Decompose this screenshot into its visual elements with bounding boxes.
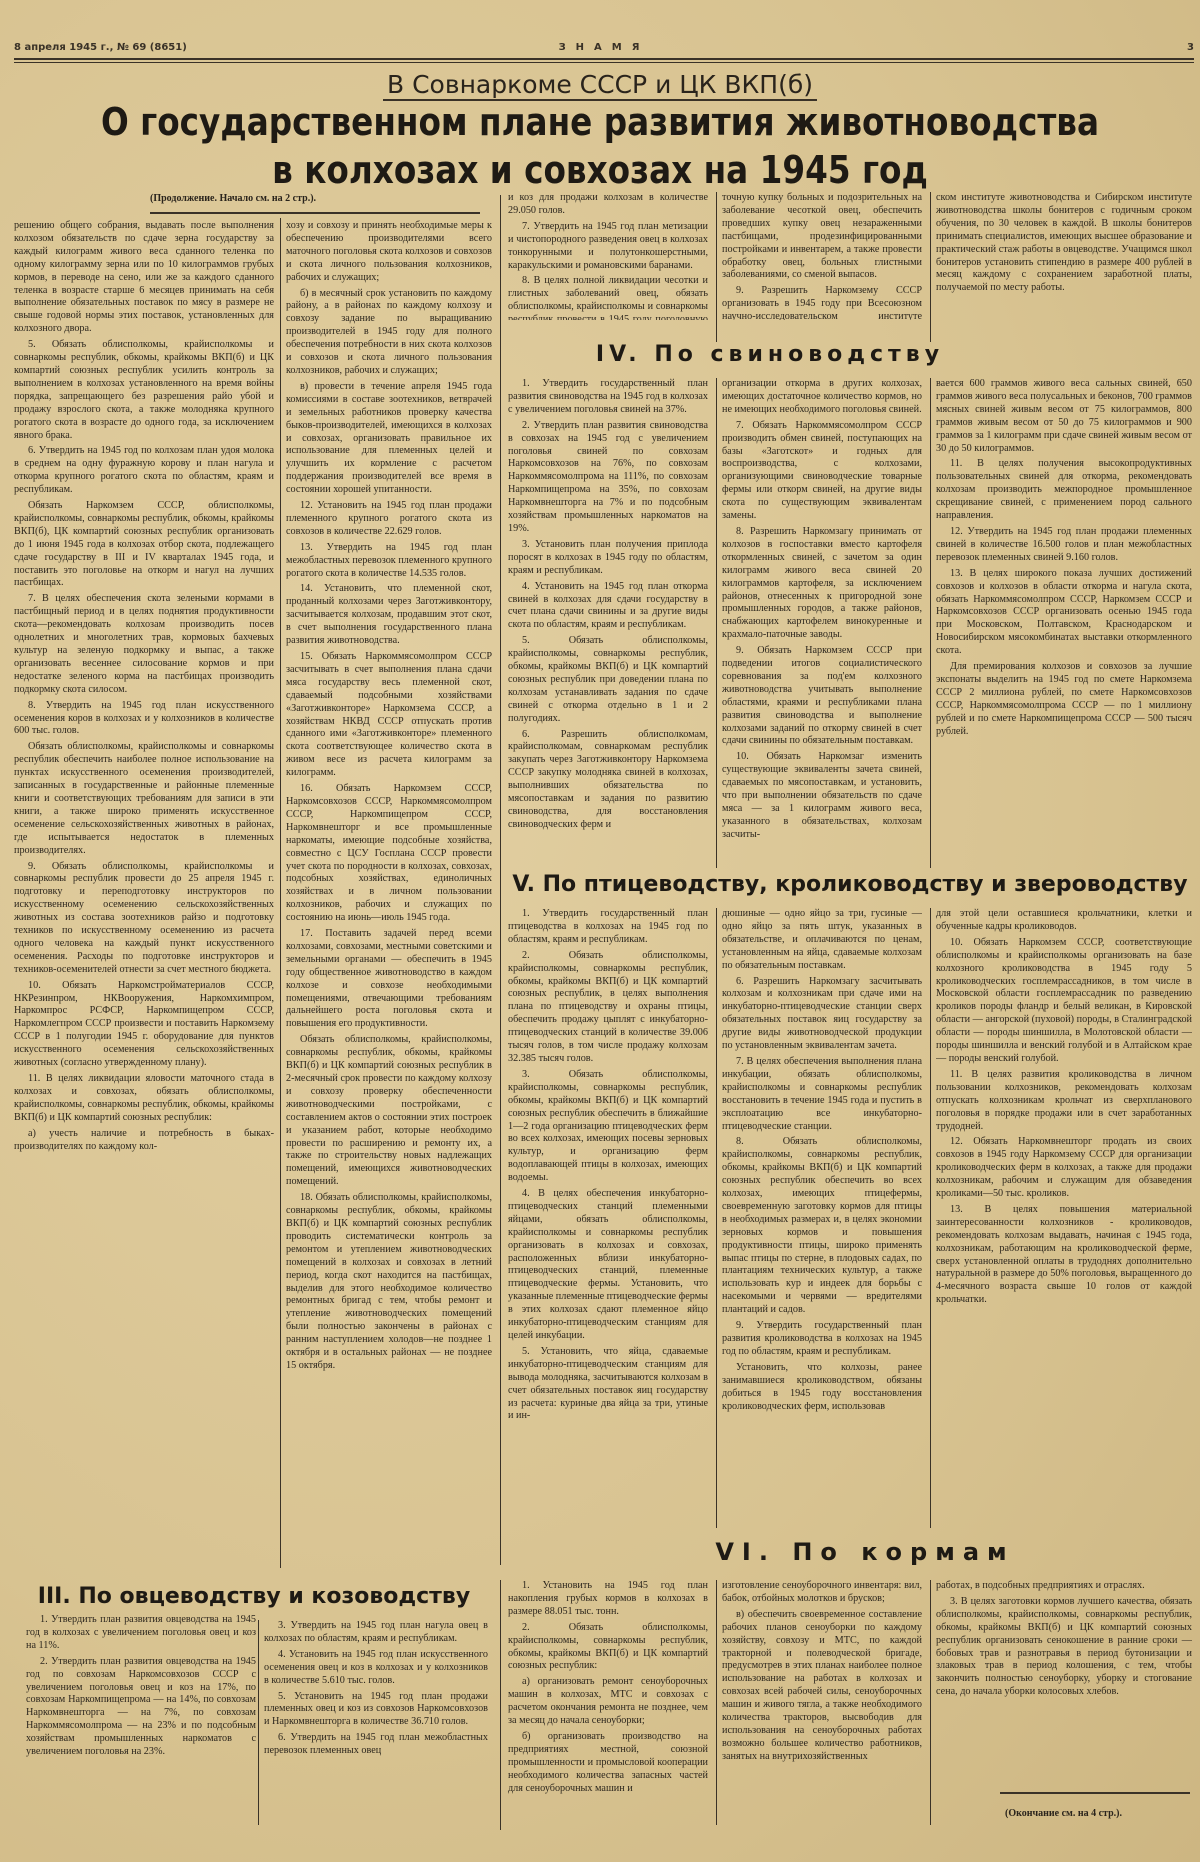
- column-divider: [500, 1580, 501, 1830]
- paragraph: хозу и совхозу и принять необходимые мер…: [286, 220, 492, 285]
- paragraph: 8. В целях полной ликвидации чесотки и г…: [508, 275, 708, 320]
- article-headline: О государственном плане развития животно…: [84, 98, 1116, 194]
- section-v-column-3: 1. Утвердить государственный план птицев…: [508, 908, 708, 1522]
- paragraph: 2. Утвердить план развития овцеводства н…: [26, 1656, 256, 1759]
- column-divider: [716, 192, 717, 342]
- paragraph: 6. Утвердить на 1945 год план межобластн…: [264, 1732, 488, 1758]
- paragraph: 1. Утвердить государственный план птицев…: [508, 908, 708, 947]
- paragraph: 10. Обязать Наркомстройматериалов СССР, …: [14, 980, 274, 1070]
- section-v-heading: V. По птицеводству, кролиководству и зве…: [500, 872, 1200, 897]
- paragraph: 9. Разрешить Наркомзему СССР организоват…: [722, 285, 922, 320]
- column-divider: [930, 378, 931, 868]
- paragraph: 4. В целях обеспечения инкубаторно-птице…: [508, 1188, 708, 1343]
- column-3-top: и коз для продажи колхозам в количестве …: [508, 192, 708, 320]
- column-5-top: ском институте животноводства и Сибирско…: [936, 192, 1192, 342]
- continuation-rule: [150, 212, 480, 214]
- paragraph: точную купку больных и подозрительных на…: [722, 192, 922, 282]
- paragraph: 9. Обязать облисполкомы, крайисполкомы и…: [14, 861, 274, 977]
- paragraph: Для премирования колхозов и совхозов за …: [936, 661, 1192, 738]
- paragraph: 2. Обязать облисполкомы, крайисполкомы, …: [508, 1622, 708, 1674]
- paragraph: 7. В целях обеспечения скота зелеными ко…: [14, 593, 274, 696]
- column-divider: [930, 908, 931, 1528]
- paragraph: 18. Обязать облисполкомы, крайисполкомы,…: [286, 1192, 492, 1373]
- paragraph: вается 600 граммов живого веса сальных с…: [936, 378, 1192, 455]
- paragraph: 11. В целях получения высокопродуктивных…: [936, 458, 1192, 523]
- paragraph: 3. Утвердить на 1945 год план нагула ове…: [264, 1620, 488, 1646]
- paragraph: 17. Поставить задачей перед всеми колхоз…: [286, 928, 492, 1031]
- paragraph: 9. Утвердить государственный план развит…: [722, 1320, 922, 1359]
- paragraph: в) провести в течение апреля 1945 года к…: [286, 381, 492, 497]
- column-divider: [716, 378, 717, 868]
- headline-line-1: О государственном плане развития животно…: [84, 98, 1116, 146]
- paragraph: 16. Обязать Наркомзем СССР, Наркомсовхоз…: [286, 783, 492, 925]
- paragraph: изготовление сеноуборочного инвентаря: в…: [722, 1580, 922, 1606]
- paragraph: а) организовать ремонт сеноуборочных маш…: [508, 1676, 708, 1728]
- section-iii-column-1: 1. Утвердить план развития овцеводства н…: [26, 1614, 256, 1824]
- paragraph: 13. Утвердить на 1945 год план межобласт…: [286, 542, 492, 581]
- paragraph: и коз для продажи колхозам в количестве …: [508, 192, 708, 218]
- paragraph: 2. Обязать облисполкомы, крайисполкомы, …: [508, 950, 708, 1066]
- paragraph: б) в месячный срок установить по каждому…: [286, 288, 492, 378]
- paragraph: 9. Обязать Наркомзем СССР при подведении…: [722, 645, 922, 748]
- paragraph: 11. В целях ликвидации яловости маточног…: [14, 1073, 274, 1125]
- paragraph: б) организовать производство на предприя…: [508, 1731, 708, 1796]
- paragraph: 4. Установить на 1945 год план искусстве…: [264, 1649, 488, 1688]
- paragraph: 10. Обязать Наркомзаг изменить существую…: [722, 751, 922, 841]
- paragraph: 1. Утвердить план развития овцеводства н…: [26, 1614, 256, 1653]
- paragraph: 3. В целях заготовки кормов лучшего каче…: [936, 1596, 1192, 1699]
- end-note: (Окончание см. на 4 стр.).: [1005, 1808, 1122, 1819]
- paragraph: 3. Установить план получения приплода по…: [508, 539, 708, 578]
- paragraph: дюшиные — одно яйцо за три, гусиные — од…: [722, 908, 922, 973]
- paragraph: 1. Утвердить государственный план развит…: [508, 378, 708, 417]
- column-divider: [280, 218, 281, 1568]
- paragraph: 6. Утвердить на 1945 год по колхозам пла…: [14, 445, 274, 497]
- section-iv-column-4: организации откорма в других колхозах, и…: [722, 378, 922, 868]
- paragraph: 1. Установить на 1945 год план накоплени…: [508, 1580, 708, 1619]
- column-divider: [258, 1620, 259, 1825]
- column-divider: [930, 192, 931, 342]
- section-vi-heading: VI. По кормам: [700, 1538, 1030, 1566]
- column-divider: [930, 1580, 931, 1825]
- column-1: решению общего собрания, выдавать после …: [14, 220, 274, 1562]
- newspaper-name: ЗНАМЯ: [14, 42, 1194, 53]
- paragraph: 8. Обязать облисполкомы, крайисполкомы, …: [722, 1136, 922, 1317]
- paragraph: 8. Разрешить Наркомзагу принимать от кол…: [722, 526, 922, 642]
- paragraph: 12. Установить на 1945 год план продажи …: [286, 500, 492, 539]
- paragraph: 12. Обязать Наркомвнешторг продать из св…: [936, 1136, 1192, 1201]
- paragraph: Установить, что колхозы, ранее занимавши…: [722, 1362, 922, 1414]
- masthead: 8 апреля 1945 г., № 69 (8651) ЗНАМЯ 3: [14, 40, 1194, 58]
- section-iv-column-3: 1. Утвердить государственный план развит…: [508, 378, 708, 868]
- paragraph: 4. Установить на 1945 год план откорма с…: [508, 581, 708, 633]
- paragraph: 14. Установить, что племенной скот, прод…: [286, 583, 492, 648]
- paragraph: 7. В целях обеспечения выполнения плана …: [722, 1056, 922, 1133]
- paragraph: 10. Обязать Наркомзем СССР, соответствую…: [936, 937, 1192, 1066]
- paragraph: 6. Разрешить облисполкомам, крайисполком…: [508, 729, 708, 832]
- paragraph: 12. Утвердить на 1945 год план продажи п…: [936, 526, 1192, 565]
- section-vi-column-5: работах, в подсобных предприятиях и отра…: [936, 1580, 1192, 1770]
- column-divider: [716, 1580, 717, 1825]
- paragraph: 13. В целях широкого показа лучших дости…: [936, 568, 1192, 658]
- paragraph: 7. Утвердить на 1945 год план метизации …: [508, 221, 708, 273]
- paragraph: ском институте животноводства и Сибирско…: [936, 192, 1192, 295]
- article-end-rule: [1000, 1792, 1190, 1794]
- section-iv-column-5: вается 600 граммов живого веса сальных с…: [936, 378, 1192, 868]
- section-v-column-4: дюшиные — одно яйцо за три, гусиные — од…: [722, 908, 922, 1522]
- section-vi-column-3: 1. Установить на 1945 год план накоплени…: [508, 1580, 708, 1825]
- paragraph: а) учесть наличие и потребность в быках-…: [14, 1128, 274, 1154]
- paragraph: для этой цели оставшиеся крольчатники, к…: [936, 908, 1192, 934]
- masthead-rule: [14, 58, 1194, 60]
- paragraph: организации откорма в других колхозах, и…: [722, 378, 922, 417]
- paragraph: Обязать облисполкомы, крайисполкомы, сов…: [286, 1034, 492, 1189]
- paragraph: 15. Обязать Наркоммясомолпром СССР засчи…: [286, 651, 492, 780]
- paragraph: 3. Обязать облисполкомы, крайисполкомы, …: [508, 1069, 708, 1185]
- paragraph: 8. Утвердить на 1945 год план искусствен…: [14, 700, 274, 739]
- paragraph: 5. Установить на 1945 год план продажи п…: [264, 1691, 488, 1730]
- column-4-top: точную купку больных и подозрительных на…: [722, 192, 922, 320]
- paragraph: 5. Обязать облисполкомы, крайисполкомы, …: [508, 635, 708, 725]
- section-iii-column-2: 3. Утвердить на 1945 год план нагула ове…: [264, 1620, 488, 1825]
- column-2: хозу и совхозу и принять необходимые мер…: [286, 220, 492, 1562]
- section-v-column-5: для этой цели оставшиеся крольчатники, к…: [936, 908, 1192, 1528]
- section-iv-heading: IV. По свиноводству: [500, 342, 1040, 367]
- section-vi-column-4: изготовление сеноуборочного инвентаря: в…: [722, 1580, 922, 1825]
- paragraph: 5. Обязать облисполкомы, крайисполкомы и…: [14, 339, 274, 442]
- paragraph: Обязать облисполкомы, крайисполкомы и со…: [14, 741, 274, 857]
- paragraph: в) обеспечить своевременное составление …: [722, 1609, 922, 1764]
- article-kicker: В Совнаркоме СССР и ЦК ВКП(б): [0, 70, 1200, 99]
- paragraph: Обязать Наркомзем СССР, облисполкомы, кр…: [14, 500, 274, 590]
- column-divider: [716, 908, 717, 1528]
- paragraph: 2. Утвердить план развития свиноводства …: [508, 420, 708, 536]
- section-iii-heading: III. По овцеводству и козоводству: [14, 1584, 494, 1609]
- paragraph: 11. В целях развития кролиководства в ли…: [936, 1069, 1192, 1134]
- paragraph: работах, в подсобных предприятиях и отра…: [936, 1580, 1192, 1593]
- headline-line-2: в колхозах и совхозах на 1945 год: [84, 146, 1116, 194]
- masthead-rule-thin: [14, 62, 1194, 63]
- continuation-note: (Продолжение. Начало см. на 2 стр.).: [150, 193, 316, 204]
- paragraph: решению общего собрания, выдавать после …: [14, 220, 274, 336]
- paragraph: 7. Обязать Наркоммясомолпром СССР произв…: [722, 420, 922, 523]
- page-number: 3: [1187, 42, 1194, 53]
- paragraph: 6. Разрешить Наркомзагу засчитывать колх…: [722, 976, 922, 1053]
- paragraph: 5. Установить, что яйца, сдаваемые инкуб…: [508, 1346, 708, 1423]
- paragraph: 13. В целях повышения материальной заинт…: [936, 1204, 1192, 1307]
